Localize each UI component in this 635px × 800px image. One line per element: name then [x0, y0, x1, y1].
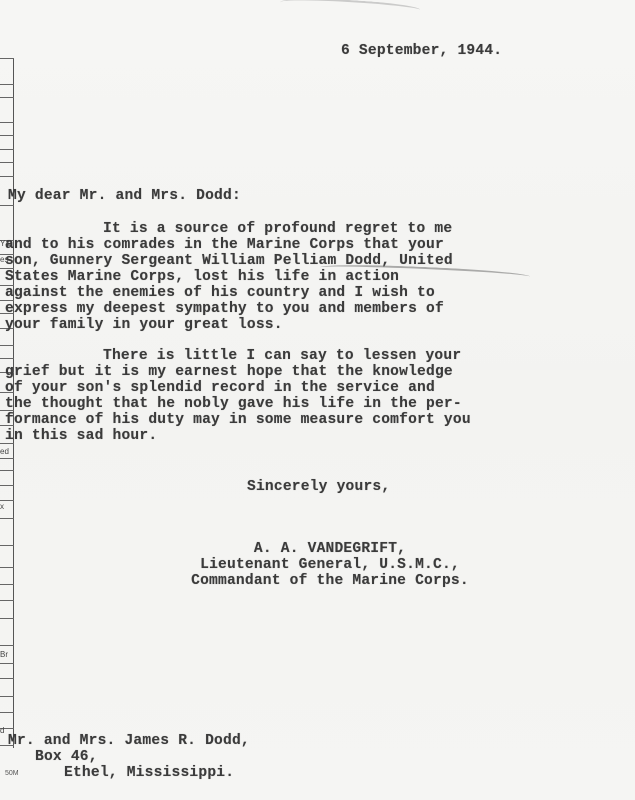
strip-rule	[0, 162, 14, 163]
recipient-name: Mr. and Mrs. James R. Dodd,	[8, 733, 250, 749]
form-code: 50M	[5, 770, 19, 777]
strip-rule	[0, 618, 14, 619]
strip-rule	[0, 600, 14, 601]
signature-title: Lieutenant General, U.S.M.C.,	[160, 557, 500, 573]
strip-rule	[0, 149, 14, 150]
strip-rule	[0, 584, 14, 585]
paragraph1-line: and to his comrades in the Marine Corps …	[5, 237, 444, 253]
paragraph2-line: grief but it is my earnest hope that the…	[5, 364, 453, 380]
paper-smudge	[280, 0, 420, 17]
strip-rule	[0, 567, 14, 568]
paragraph1-line: It is a source of profound regret to me	[103, 221, 452, 237]
signature-name: A. A. VANDEGRIFT,	[160, 541, 500, 557]
paragraph2-line: There is little I can say to lessen your	[103, 348, 461, 364]
strip-rule	[0, 345, 14, 346]
paragraph1-line: against the enemies of his country and I…	[5, 285, 435, 301]
strip-rule	[0, 470, 14, 471]
paragraph1-line: States Marine Corps, lost his life in ac…	[5, 269, 399, 285]
strip-rule	[0, 696, 14, 697]
strip-rule	[0, 97, 14, 98]
paragraph2-line: the thought that he nobly gave his life …	[5, 396, 462, 412]
strip-rule	[0, 663, 14, 664]
strip-rule	[0, 645, 14, 646]
letter-page: Y& es ed x Br d 6 September, 1944. My de…	[0, 0, 635, 800]
closing: Sincerely yours,	[247, 479, 390, 495]
strip-label: ed	[0, 448, 9, 456]
paragraph1-line: express my deepest sympathy to you and m…	[5, 301, 444, 317]
strip-rule	[0, 176, 14, 177]
paragraph2-line: formance of his duty may in some measure…	[5, 412, 471, 428]
strip-rule	[0, 545, 14, 546]
strip-label: x	[0, 503, 4, 511]
paragraph1-line: your family in your great loss.	[5, 317, 283, 333]
strip-rule	[0, 712, 14, 713]
strip-rule	[0, 485, 14, 486]
paragraph2-line: in this sad hour.	[5, 428, 157, 444]
strip-rule	[0, 458, 14, 459]
recipient-box: Box 46,	[35, 749, 98, 765]
strip-label: Br	[0, 651, 8, 659]
strip-rule	[0, 500, 14, 501]
strip-rule	[0, 358, 14, 359]
strip-rule	[0, 84, 14, 85]
paragraph2-line: of your son's splendid record in the ser…	[5, 380, 435, 396]
signature-title: Commandant of the Marine Corps.	[160, 573, 500, 589]
strip-rule	[0, 205, 14, 206]
strip-rule	[0, 678, 14, 679]
strip-rule	[0, 135, 14, 136]
strip-rule	[0, 58, 14, 59]
recipient-city: Ethel, Mississippi.	[64, 765, 234, 781]
strip-rule	[0, 122, 14, 123]
letter-date: 6 September, 1944.	[341, 43, 502, 59]
salutation: My dear Mr. and Mrs. Dodd:	[8, 188, 241, 204]
strip-rule	[0, 518, 14, 519]
strip-label: d	[0, 727, 4, 735]
